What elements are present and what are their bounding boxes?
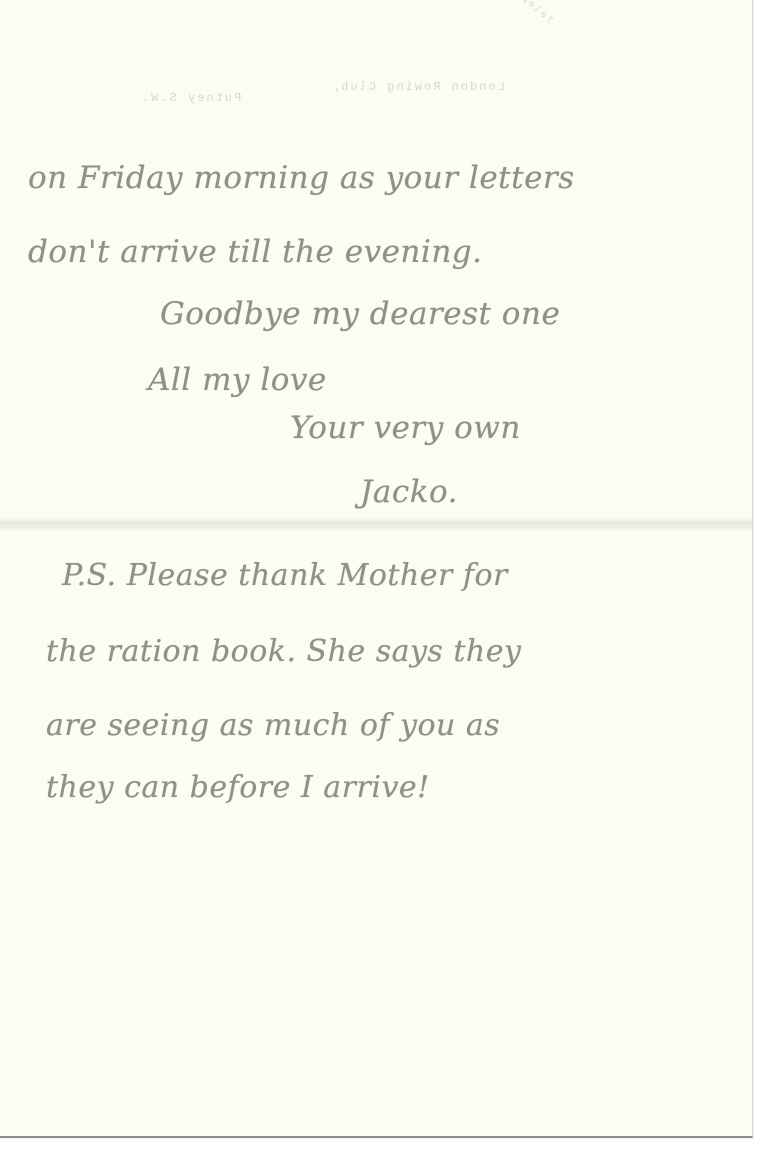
body-line-2: don't arrive till the evening.	[28, 234, 482, 270]
signature: Jacko.	[360, 474, 458, 510]
postscript-line-3: are seeing as much of you as	[46, 708, 500, 743]
letterhead-address: Putney S.W.	[140, 91, 241, 105]
postscript-line-1: P.S. Please thank Mother for	[62, 558, 508, 593]
body-line-1: on Friday morning as your letters	[28, 160, 575, 196]
paper-fold-crease	[0, 518, 752, 532]
letter-page: London Rowing Club, Putney S.W. Telephon…	[0, 0, 753, 1138]
letterhead-club-name: London Rowing Club,	[330, 80, 505, 94]
closing-love: All my love	[148, 362, 327, 398]
postscript-line-2: the ration book. She says they	[46, 634, 521, 669]
postscript-line-4: they can before I arrive!	[46, 770, 430, 805]
closing-farewell: Goodbye my dearest one	[160, 296, 560, 332]
closing-valediction: Your very own	[290, 410, 521, 446]
scanner-background: London Rowing Club, Putney S.W. Telephon…	[0, 0, 768, 1160]
letterhead-telephone: Telephone: Putney ...	[421, 0, 555, 28]
